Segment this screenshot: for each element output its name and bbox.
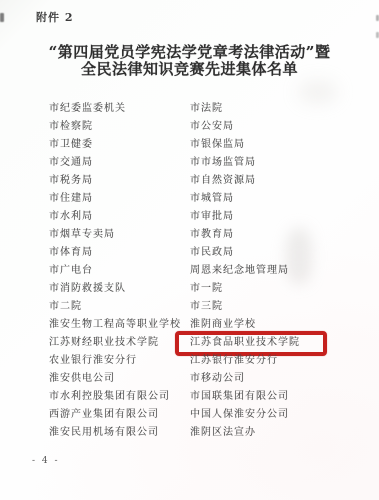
org-name-left: 市交通局 (49, 154, 93, 172)
org-name-left: 市广电台 (49, 262, 93, 280)
org-name-left: 市水利局 (49, 208, 93, 226)
org-name-left: 市烟草专卖局 (49, 226, 115, 244)
list-row: 淮安供电公司市移动公司 (0, 370, 379, 388)
org-name-right: 江苏银行淮安分行 (190, 352, 278, 370)
list-row: 市卫健委市银保监局 (0, 136, 379, 154)
list-row: 西游产业集团有限公司中国人保淮安分公司 (0, 406, 379, 424)
org-name-left: 市二院 (49, 298, 82, 316)
org-name-right: 周恩来纪念地管理局 (190, 262, 289, 280)
org-name-left: 市体育局 (49, 244, 93, 262)
scan-speck (0, 13, 4, 22)
org-name-right: 市市场监管局 (190, 154, 256, 172)
org-name-right-highlighted: 江苏食品职业技术学院 (190, 334, 300, 352)
list-row: 市检察院市公安局 (0, 118, 379, 136)
org-name-right: 市法院 (190, 100, 223, 118)
list-row: 市广电台周恩来纪念地管理局 (0, 262, 379, 280)
list-row: 市二院市三院 (0, 298, 379, 316)
org-name-right: 市民政局 (190, 244, 234, 262)
org-list: 市纪委监委机关市法院市检察院市公安局市卫健委市银保监局市交通局市市场监管局市税务… (0, 100, 379, 442)
org-name-right: 市三院 (190, 298, 223, 316)
org-name-left: 市纪委监委机关 (49, 100, 126, 118)
org-name-right: 市国联集团有限公司 (190, 388, 289, 406)
org-name-right: 市城管局 (190, 190, 234, 208)
org-name-left: 市卫健委 (49, 136, 93, 154)
org-name-left: 市检察院 (49, 118, 93, 136)
org-name-right: 市审批局 (190, 208, 234, 226)
org-name-right: 市教育局 (190, 226, 234, 244)
org-name-left: 淮安生物工程高等职业学校 (49, 316, 181, 334)
org-name-left: 农业银行淮安分行 (49, 352, 137, 370)
org-name-left: 西游产业集团有限公司 (49, 406, 159, 424)
org-name-left: 市水利控股集团有限公司 (49, 388, 170, 406)
org-name-right: 市银保监局 (190, 136, 245, 154)
list-row: 市水利控股集团有限公司市国联集团有限公司 (0, 388, 379, 406)
list-row: 农业银行淮安分行江苏银行淮安分行 (0, 352, 379, 370)
document-title-line2: 全民法律知识竞赛先进集体名单 (0, 61, 379, 78)
org-name-right: 市一院 (190, 280, 223, 298)
org-name-left: 市住建局 (49, 190, 93, 208)
org-name-left: 淮安供电公司 (49, 370, 115, 388)
attachment-label: 附件 2 (36, 9, 73, 25)
org-name-right: 市自然资源局 (190, 172, 256, 190)
org-name-right: 市公安局 (190, 118, 234, 136)
page-number: - 4 - (32, 456, 60, 466)
org-name-right: 中国人保淮安分公司 (190, 406, 289, 424)
document-title-line1: “第四届党员学宪法学党章考法律活动”暨 (0, 44, 379, 61)
org-name-right: 淮阴区法宣办 (190, 424, 256, 442)
list-row: 市交通局市市场监管局 (0, 154, 379, 172)
org-name-left: 市税务局 (49, 172, 93, 190)
list-row: 市税务局市自然资源局 (0, 172, 379, 190)
document-page: 附件 2 “第四届党员学宪法学党章考法律活动”暨 全民法律知识竞赛先进集体名单 … (0, 0, 379, 500)
org-name-left: 市消防救援支队 (49, 280, 126, 298)
org-name-left: 淮安民用机场有限公司 (49, 424, 159, 442)
list-row: 江苏财经职业技术学院江苏食品职业技术学院 (0, 334, 379, 352)
list-row: 市住建局市城管局 (0, 190, 379, 208)
list-row: 市体育局市民政局 (0, 244, 379, 262)
list-row: 市烟草专卖局市教育局 (0, 226, 379, 244)
list-row: 市水利局市审批局 (0, 208, 379, 226)
org-name-right: 市移动公司 (190, 370, 245, 388)
list-row: 市纪委监委机关市法院 (0, 100, 379, 118)
document-title: “第四届党员学宪法学党章考法律活动”暨 全民法律知识竞赛先进集体名单 (0, 44, 379, 78)
list-row: 淮安民用机场有限公司淮阴区法宣办 (0, 424, 379, 442)
org-name-left: 江苏财经职业技术学院 (49, 334, 159, 352)
list-row: 市消防救援支队市一院 (0, 280, 379, 298)
